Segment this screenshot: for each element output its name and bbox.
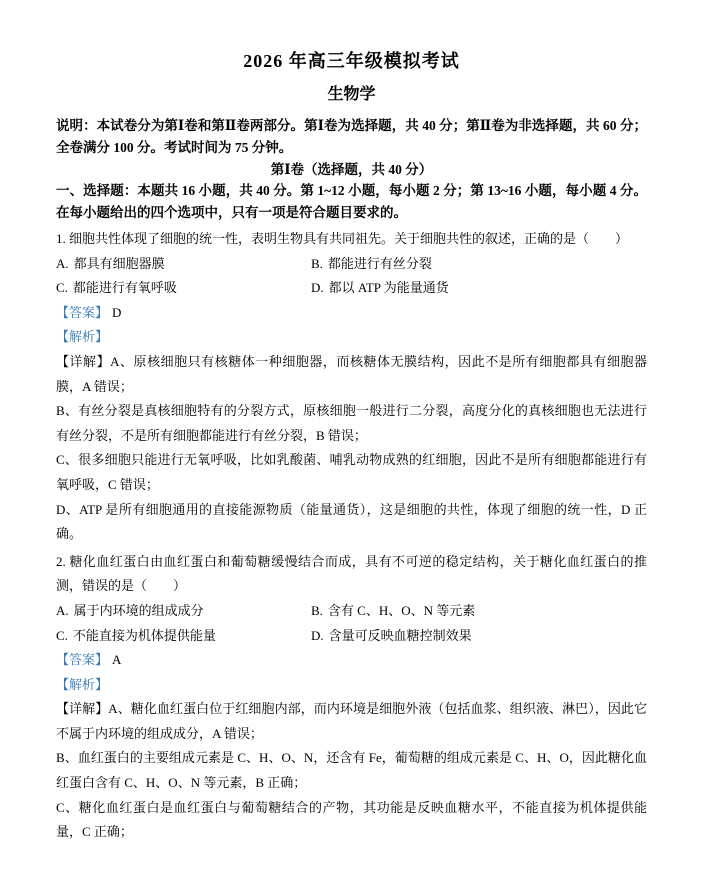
option-d: D.含量可反映血糖控制效果 xyxy=(311,624,647,649)
option-text: 含量可反映血糖控制效果 xyxy=(329,628,472,643)
question-options: A.属于内环境的组成成分 B.含有 C、H、O、N 等元素 C.不能直接为机体提… xyxy=(56,599,647,648)
option-text: 含有 C、H、O、N 等元素 xyxy=(328,603,475,618)
option-key: C. xyxy=(56,280,68,295)
option-key: D. xyxy=(311,628,324,643)
document-content: 2026 年高三年级模拟考试 生物学 说明：本试卷分为第Ⅰ卷和第Ⅱ卷两部分。第Ⅰ… xyxy=(0,0,701,845)
question-options: A.都具有细胞器膜 B.都能进行有丝分裂 C.都能进行有氧呼吸 D.都以 ATP… xyxy=(56,252,647,301)
explanation-paragraph: C、糖化血红蛋白是血红蛋白与葡萄糖结合的产物，其功能是反映血糖水平，不能直接为机… xyxy=(56,796,647,845)
explanation-paragraph: B、血红蛋白的主要组成元素是 C、H、O、N，还含有 Fe，葡萄糖的组成元素是 … xyxy=(56,746,647,795)
option-text: 都能进行有丝分裂 xyxy=(328,256,432,271)
answer-value: A xyxy=(112,652,121,667)
analysis-label: 【解析】 xyxy=(56,329,108,344)
option-text: 都以 ATP 为能量通货 xyxy=(329,280,449,295)
multiple-choice-instructions: 一、选择题：本题共 16 小题，共 40 分。第 1~12 小题，每小题 2 分… xyxy=(56,180,647,224)
section-1-heading: 第Ⅰ卷（选择题，共 40 分） xyxy=(56,159,647,180)
document-page: 2026 年高三年级模拟考试 生物学 说明：本试卷分为第Ⅰ卷和第Ⅱ卷两部分。第Ⅰ… xyxy=(0,0,701,877)
question-stem: 1. 细胞共性体现了细胞的统一性，表明生物具有共同祖先。关于细胞共性的叙述，正确… xyxy=(56,227,647,252)
question-1: 1. 细胞共性体现了细胞的统一性，表明生物具有共同祖先。关于细胞共性的叙述，正确… xyxy=(56,227,647,547)
option-key: B. xyxy=(311,603,323,618)
option-b: B.含有 C、H、O、N 等元素 xyxy=(311,599,647,624)
option-key: C. xyxy=(56,628,68,643)
option-key: A. xyxy=(56,603,69,618)
question-stem: 2. 糖化血红蛋白由血红蛋白和葡萄糖缓慢结合而成，具有不可逆的稳定结构，关于糖化… xyxy=(56,550,647,599)
explanation-paragraph: B、有丝分裂是真核细胞特有的分裂方式，原核细胞一般进行二分裂，高度分化的真核细胞… xyxy=(56,399,647,448)
option-a: A.都具有细胞器膜 xyxy=(56,252,311,277)
explanation-paragraph: D、ATP 是所有细胞通用的直接能源物质（能量通货），这是细胞的共性，体现了细胞… xyxy=(56,498,647,547)
answer-line: 【答案】D xyxy=(56,301,647,326)
answer-label: 【答案】 xyxy=(56,652,108,667)
option-text: 都具有细胞器膜 xyxy=(74,256,165,271)
explanation-paragraph: C、很多细胞只能进行无氧呼吸，比如乳酸菌、哺乳动物成熟的红细胞，因此不是所有细胞… xyxy=(56,448,647,497)
option-a: A.属于内环境的组成成分 xyxy=(56,599,311,624)
option-text: 不能直接为机体提供能量 xyxy=(73,628,216,643)
answer-line: 【答案】A xyxy=(56,648,647,673)
option-key: B. xyxy=(311,256,323,271)
option-text: 都能进行有氧呼吸 xyxy=(73,280,177,295)
exam-subject: 生物学 xyxy=(56,83,647,107)
option-key: D. xyxy=(311,280,324,295)
analysis-label: 【解析】 xyxy=(56,677,108,692)
exam-title: 2026 年高三年级模拟考试 xyxy=(56,48,647,74)
option-text: 属于内环境的组成成分 xyxy=(74,603,204,618)
answer-value: D xyxy=(112,305,121,320)
option-b: B.都能进行有丝分裂 xyxy=(311,252,647,277)
option-d: D.都以 ATP 为能量通货 xyxy=(311,276,647,301)
answer-label: 【答案】 xyxy=(56,305,108,320)
option-c: C.都能进行有氧呼吸 xyxy=(56,276,311,301)
explanation-paragraph: 【详解】A、原核细胞只有核糖体一种细胞器，而核糖体无膜结构，因此不是所有细胞都具… xyxy=(56,350,647,399)
option-c: C.不能直接为机体提供能量 xyxy=(56,624,311,649)
analysis-line: 【解析】 xyxy=(56,325,647,350)
analysis-line: 【解析】 xyxy=(56,673,647,698)
explanation-paragraph: 【详解】A、糖化血红蛋白位于红细胞内部，而内环境是细胞外液（包括血浆、组织液、淋… xyxy=(56,697,647,746)
question-2: 2. 糖化血红蛋白由血红蛋白和葡萄糖缓慢结合而成，具有不可逆的稳定结构，关于糖化… xyxy=(56,550,647,845)
option-key: A. xyxy=(56,256,69,271)
exam-instructions: 说明：本试卷分为第Ⅰ卷和第Ⅱ卷两部分。第Ⅰ卷为选择题，共 40 分；第Ⅱ卷为非选… xyxy=(56,115,647,159)
